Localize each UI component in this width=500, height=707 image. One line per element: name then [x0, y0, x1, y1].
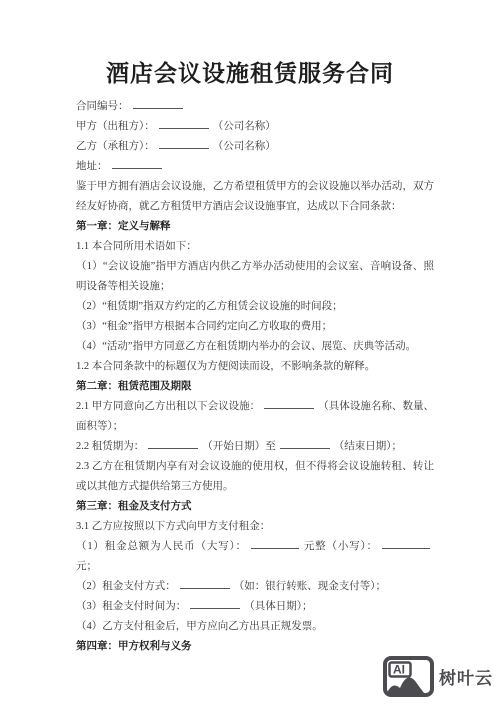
- watermark: AI 树叶云: [383, 656, 493, 697]
- blank-field: [264, 399, 314, 409]
- ai-image-watermark-icon: AI: [383, 656, 434, 697]
- document-body: 合同编号：甲方（出租方）：（公司名称）乙方（承租方）：（公司名称）地址：鉴于甲方…: [76, 97, 434, 657]
- blank-field: [180, 579, 230, 589]
- section-heading: 第三章：租金及支付方式: [76, 497, 434, 517]
- blank-field: [112, 159, 162, 169]
- watermark-icon-label: AI: [393, 663, 405, 677]
- paragraph: 3.1 乙方应按照以下方式向甲方支付租金：: [76, 517, 434, 537]
- blank-field: [280, 439, 330, 449]
- paragraph: （1）“会议设施”指甲方酒店内供乙方举办活动使用的会议室、音响设备、照明设备等相…: [76, 257, 434, 297]
- paragraph-text: （如：银行转账、现金支付等）；: [234, 581, 386, 592]
- paragraph: 2.2 租赁期为：（开始日期）至（结束日期）；: [76, 437, 434, 457]
- paragraph: 乙方（承租方）：（公司名称）: [76, 137, 434, 157]
- section-heading: 第四章：甲方权利与义务: [76, 637, 434, 657]
- paragraph-text: 甲方（出租方）：: [76, 121, 155, 132]
- blank-field: [133, 99, 183, 109]
- paragraph: 鉴于甲方拥有酒店会议设施，乙方希望租赁甲方的会议设施以举办活动，双方经友好协商，…: [76, 177, 434, 217]
- paragraph: （3）“租金”指甲方根据本合同约定向乙方收取的费用；: [76, 317, 434, 337]
- paragraph: 合同编号：: [76, 97, 434, 117]
- blank-field: [148, 439, 198, 449]
- paragraph-text: （1）租金总额为人民币（大写）：: [76, 541, 247, 552]
- section-heading: 第一章：定义与解释: [76, 217, 434, 237]
- paragraph-text: 2.2 租赁期为：: [76, 441, 144, 452]
- section-heading: 第二章：租赁范围及期限: [76, 377, 434, 397]
- blank-field: [190, 599, 240, 609]
- paragraph: （2）“租赁期”指双方约定的乙方租赁会议设施的时间段；: [76, 297, 434, 317]
- watermark-brand-text: 树叶云: [439, 664, 493, 689]
- paragraph: 2.3 乙方在租赁期内享有对会议设施的使用权，但不得将会议设施转租、转让或以其他…: [76, 457, 434, 497]
- paragraph-text: （公司名称）: [213, 121, 276, 132]
- paragraph-text: 地址：: [76, 161, 108, 172]
- paragraph-text: 合同编号：: [76, 101, 129, 112]
- paragraph-text: （2）租金支付方式：: [76, 581, 176, 592]
- paragraph-text: 元；: [76, 561, 97, 572]
- paragraph-text: （结束日期）；: [334, 441, 402, 452]
- paragraph: （3）租金支付时间为：（具体日期）；: [76, 597, 434, 617]
- document-title: 酒店会议设施租赁服务合同: [0, 55, 500, 88]
- paragraph: （4）乙方支付租金后，甲方应向乙方出具正规发票。: [76, 617, 434, 637]
- paragraph-text: 2.1 甲方同意向乙方出租以下会议设施：: [76, 401, 260, 412]
- paragraph: （4）“活动”指甲方同意乙方在租赁期内举办的会议、展览、庆典等活动。: [76, 337, 434, 357]
- paragraph-text: （3）租金支付时间为：: [76, 601, 186, 612]
- paragraph-text: 元整（小写）：: [303, 541, 378, 552]
- blank-field: [251, 539, 299, 549]
- blank-field: [159, 119, 209, 129]
- blank-field: [382, 539, 430, 549]
- paragraph: 甲方（出租方）：（公司名称）: [76, 117, 434, 137]
- paragraph: 2.1 甲方同意向乙方出租以下会议设施：（具体设施名称、数量、面积等）；: [76, 397, 434, 437]
- paragraph-text: （公司名称）: [213, 141, 276, 152]
- paragraph: 1.2 本合同条款中的标题仅为方便阅读而设，不影响条款的解释。: [76, 357, 434, 377]
- contract-document-page: 酒店会议设施租赁服务合同 合同编号：甲方（出租方）：（公司名称）乙方（承租方）：…: [0, 0, 500, 707]
- paragraph: 地址：: [76, 157, 434, 177]
- paragraph: （1）租金总额为人民币（大写）：元整（小写）：元；: [76, 537, 434, 577]
- paragraph: 1.1 本合同所用术语如下：: [76, 237, 434, 257]
- blank-field: [159, 139, 209, 149]
- paragraph-text: 乙方（承租方）：: [76, 141, 155, 152]
- paragraph-text: （开始日期）至: [202, 441, 276, 452]
- paragraph: （2）租金支付方式：（如：银行转账、现金支付等）；: [76, 577, 434, 597]
- paragraph-text: （具体日期）；: [244, 601, 312, 612]
